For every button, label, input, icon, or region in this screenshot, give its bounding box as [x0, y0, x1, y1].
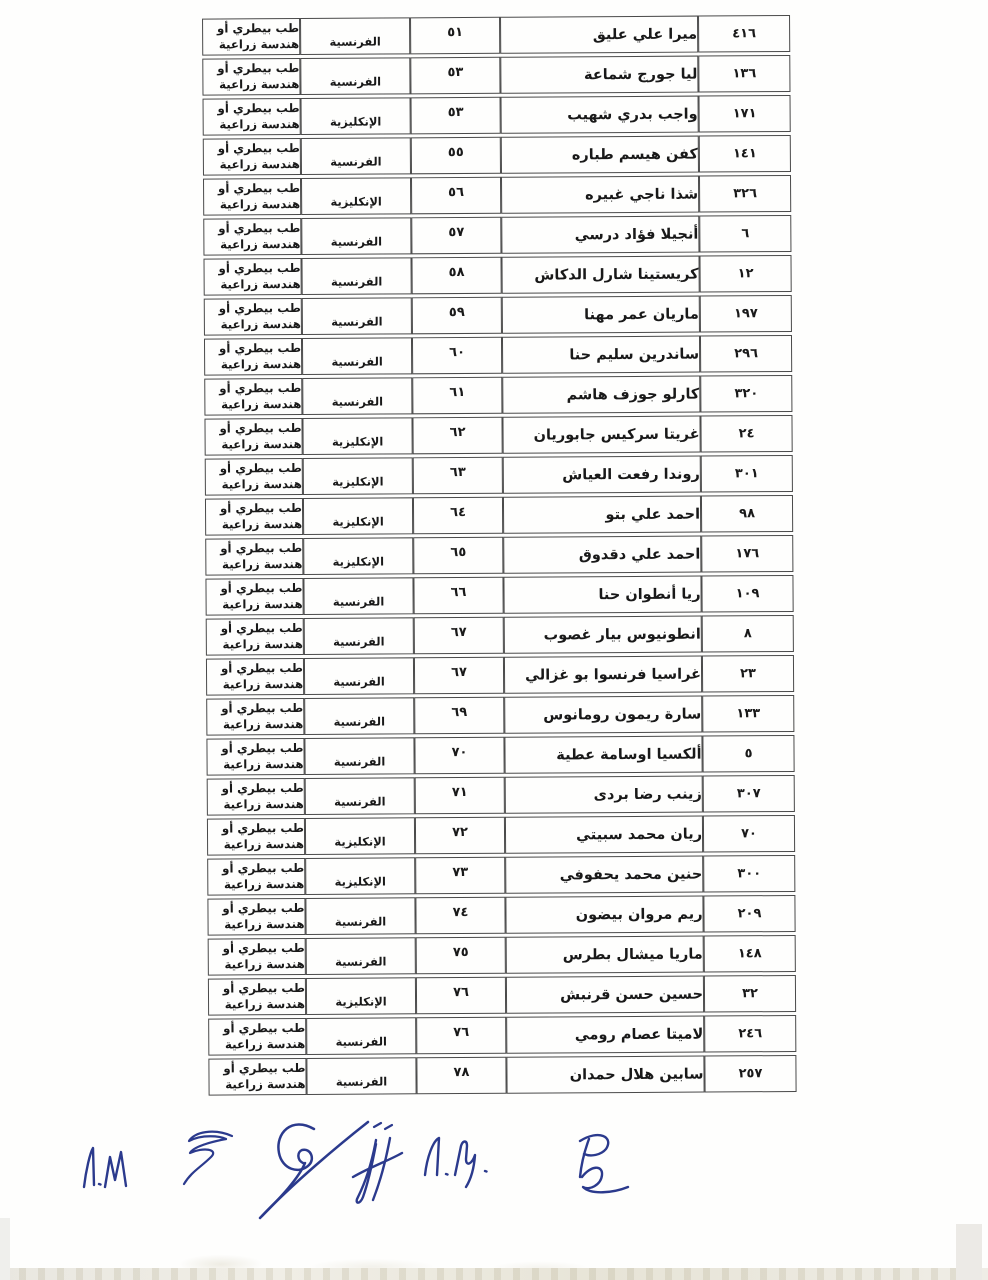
- score-cell: ٥٣: [410, 57, 500, 95]
- candidate-name-cell: ميرا علي عليق: [500, 16, 698, 54]
- signature-initials-am-left-icon: [80, 1140, 142, 1198]
- score-cell: ٦٩: [414, 697, 504, 735]
- signature-double-stroke-icon: [344, 1120, 406, 1208]
- specialty-line-2: هندسة زراعية: [222, 476, 302, 490]
- candidate-name-cell: ريا أنطوان حنا: [503, 576, 701, 614]
- table-row: ١٧١ واجب بدري شهيب ٥٣ الإنكليزية طب بيطر…: [203, 95, 791, 136]
- table-row: ٢٩٦ ساندرين سليم حنا ٦٠ الفرنسية طب بيطر…: [204, 335, 792, 376]
- candidate-number-cell: ٣٠١: [701, 455, 793, 493]
- specialty-cell: طب بيطري أو هندسة زراعية: [203, 98, 301, 136]
- specialty-cell: طب بيطري أو هندسة زراعية: [203, 258, 301, 296]
- specialty-line-1: طب بيطري أو: [220, 581, 302, 596]
- candidate-name-cell: غريتا سركيس جابوريان: [502, 416, 700, 454]
- candidate-number-cell: ٣٠٠: [703, 855, 795, 893]
- candidate-name-cell: أنجيلا فؤاد درسي: [501, 216, 699, 254]
- candidate-number-cell: ٢٥٧: [704, 1055, 796, 1093]
- results-table-body: ٤١٦ ميرا علي عليق ٥١ الفرنسية طب بيطري أ…: [202, 15, 797, 1096]
- specialty-line-1: طب بيطري أو: [218, 221, 300, 236]
- specialty-line-2: هندسة زراعية: [221, 396, 301, 410]
- specialty-line-2: هندسة زراعية: [224, 916, 304, 930]
- language-cell: الفرنسية: [306, 937, 416, 975]
- specialty-line-2: هندسة زراعية: [220, 156, 300, 170]
- candidate-number-cell: ٣٠٧: [703, 775, 795, 813]
- score-cell: ٧٥: [416, 937, 506, 975]
- language-cell: الإنكليزية: [303, 537, 413, 575]
- scan-right-edge: [956, 1224, 982, 1280]
- specialty-line-2: هندسة زراعية: [220, 276, 300, 290]
- candidate-name-cell: ريم مروان بيضون: [505, 896, 703, 934]
- table-row: ٩٨ احمد علي بتو ٦٤ الإنكليزية طب بيطري أ…: [205, 495, 793, 536]
- score-cell: ٥١: [410, 17, 500, 55]
- specialty-line-1: طب بيطري أو: [219, 421, 301, 436]
- candidate-name-cell: لاميتا عصام رومي: [506, 1016, 704, 1054]
- candidate-number-cell: ١٣٣: [702, 695, 794, 733]
- specialty-line-1: طب بيطري أو: [223, 941, 305, 956]
- specialty-line-1: طب بيطري أو: [217, 101, 299, 116]
- candidate-number-cell: ١٤١: [699, 135, 791, 173]
- language-cell: الفرنسية: [304, 657, 414, 695]
- specialty-line-2: هندسة زراعية: [223, 796, 303, 810]
- specialty-line-2: هندسة زراعية: [220, 196, 300, 210]
- specialty-line-2: هندسة زراعية: [221, 356, 301, 370]
- score-cell: ٧٦: [416, 1017, 506, 1055]
- specialty-line-2: هندسة زراعية: [219, 76, 299, 90]
- specialty-cell: طب بيطري أو هندسة زراعية: [207, 778, 305, 816]
- score-cell: ٦٤: [413, 497, 503, 535]
- specialty-line-2: هندسة زراعية: [225, 1036, 305, 1050]
- table-row: ٥ ألكسيا اوسامة عطية ٧٠ الفرنسية طب بيطر…: [206, 735, 794, 776]
- specialty-cell: طب بيطري أو هندسة زراعية: [204, 298, 302, 336]
- specialty-line-2: هندسة زراعية: [222, 516, 302, 530]
- scan-edge-artifact: [0, 1268, 988, 1280]
- score-cell: ٥٧: [411, 217, 501, 255]
- candidate-number-cell: ٢٤٦: [704, 1015, 796, 1053]
- table-row: ٣٢ حسين حسن قرنبش ٧٦ الإنكليزية طب بيطري…: [208, 975, 796, 1016]
- score-cell: ٦٠: [412, 337, 502, 375]
- specialty-cell: طب بيطري أو هندسة زراعية: [208, 938, 306, 976]
- specialty-line-2: هندسة زراعية: [219, 36, 299, 50]
- signature-initials-am-dotted-icon: [418, 1130, 496, 1190]
- specialty-line-1: طب بيطري أو: [221, 741, 303, 756]
- score-cell: ٦٣: [413, 457, 503, 495]
- language-cell: الفرنسية: [301, 257, 411, 295]
- candidate-number-cell: ٤١٦: [698, 15, 790, 53]
- specialty-cell: طب بيطري أو هندسة زراعية: [208, 978, 306, 1016]
- specialty-cell: طب بيطري أو هندسة زراعية: [206, 698, 304, 736]
- candidate-name-cell: ليا جورج شماعة: [500, 56, 698, 94]
- signature-dl-loop-icon: [568, 1126, 636, 1208]
- candidate-name-cell: غراسيا فرنسوا بو غزالي: [504, 656, 702, 694]
- table-row: ٣٠١ روندا رفعت العياش ٦٣ الإنكليزية طب ب…: [205, 455, 793, 496]
- table-row: ٤١٦ ميرا علي عليق ٥١ الفرنسية طب بيطري أ…: [202, 15, 790, 56]
- language-cell: الفرنسية: [302, 377, 412, 415]
- specialty-line-1: طب بيطري أو: [218, 261, 300, 276]
- language-cell: الفرنسية: [306, 1017, 416, 1055]
- language-cell: الإنكليزية: [301, 97, 411, 135]
- language-cell: الفرنسية: [306, 1057, 416, 1095]
- specialty-line-2: هندسة زراعية: [224, 956, 304, 970]
- specialty-line-1: طب بيطري أو: [223, 981, 305, 996]
- candidate-number-cell: ٦: [699, 215, 791, 253]
- score-cell: ٦٢: [412, 417, 502, 455]
- candidate-number-cell: ١٢: [699, 255, 791, 293]
- specialty-line-2: هندسة زراعية: [222, 596, 302, 610]
- specialty-line-1: طب بيطري أو: [217, 21, 299, 36]
- language-cell: الفرنسية: [304, 737, 414, 775]
- specialty-line-2: هندسة زراعية: [224, 836, 304, 850]
- table-row: ٢٣ غراسيا فرنسوا بو غزالي ٦٧ الفرنسية طب…: [206, 655, 794, 696]
- specialty-line-2: هندسة زراعية: [224, 876, 304, 890]
- table-row: ١٢ كريستينا شارل الدكاش ٥٨ الفرنسية طب ب…: [203, 255, 791, 296]
- specialty-cell: طب بيطري أو هندسة زراعية: [208, 1058, 306, 1096]
- candidate-name-cell: انطونيوس بيار غصوب: [504, 616, 702, 654]
- table-row: ٨ انطونيوس بيار غصوب ٦٧ الفرنسية طب بيطر…: [206, 615, 794, 656]
- specialty-line-1: طب بيطري أو: [222, 861, 304, 876]
- candidate-number-cell: ٥: [702, 735, 794, 773]
- specialty-line-2: هندسة زراعية: [223, 756, 303, 770]
- specialty-line-1: طب بيطري أو: [223, 1061, 305, 1076]
- candidate-number-cell: ٩٨: [701, 495, 793, 533]
- table-row: ١٧٦ احمد علي دقدوق ٦٥ الإنكليزية طب بيطر…: [205, 535, 793, 576]
- specialty-cell: طب بيطري أو هندسة زراعية: [202, 18, 300, 56]
- score-cell: ٥٨: [411, 257, 501, 295]
- language-cell: الفرنسية: [304, 697, 414, 735]
- candidate-number-cell: ٣٢: [704, 975, 796, 1013]
- candidate-name-cell: ماريان عمر مهنا: [502, 296, 700, 334]
- language-cell: الفرنسية: [305, 777, 415, 815]
- candidate-number-cell: ١٧٦: [701, 535, 793, 573]
- language-cell: الإنكليزية: [305, 817, 415, 855]
- table-row: ١٤٨ ماريا ميشال بطرس ٧٥ الفرنسية طب بيطر…: [208, 935, 796, 976]
- specialty-line-2: هندسة زراعية: [220, 236, 300, 250]
- score-cell: ٧١: [415, 777, 505, 815]
- specialty-cell: طب بيطري أو هندسة زراعية: [207, 858, 305, 896]
- candidate-number-cell: ١٤٨: [704, 935, 796, 973]
- specialty-cell: طب بيطري أو هندسة زراعية: [203, 138, 301, 176]
- score-cell: ٥٩: [412, 297, 502, 335]
- table-row: ٣٠٠ حنين محمد يحفوفي ٧٣ الإنكليزية طب بي…: [207, 855, 795, 896]
- signatures-row: [0, 1112, 988, 1242]
- table-row: ٦ أنجيلا فؤاد درسي ٥٧ الفرنسية طب بيطري …: [203, 215, 791, 256]
- candidate-number-cell: ١٧١: [699, 95, 791, 133]
- specialty-line-1: طب بيطري أو: [220, 461, 302, 476]
- specialty-cell: طب بيطري أو هندسة زراعية: [205, 498, 303, 536]
- specialty-line-1: طب بيطري أو: [220, 541, 302, 556]
- candidate-name-cell: كفن هيسم طباره: [501, 136, 699, 174]
- specialty-line-1: طب بيطري أو: [220, 501, 302, 516]
- candidate-name-cell: حسين حسن قرنبش: [506, 976, 704, 1014]
- score-cell: ٥٣: [411, 97, 501, 135]
- language-cell: الفرنسية: [301, 137, 411, 175]
- candidate-name-cell: ألكسيا اوسامة عطية: [504, 736, 702, 774]
- table-row: ٧٠ ريان محمد سبيتي ٧٢ الإنكليزية طب بيطر…: [207, 815, 795, 856]
- table-row: ٢٠٩ ريم مروان بيضون ٧٤ الفرنسية طب بيطري…: [207, 895, 795, 936]
- candidate-number-cell: ٧٠: [703, 815, 795, 853]
- language-cell: الفرنسية: [302, 337, 412, 375]
- specialty-cell: طب بيطري أو هندسة زراعية: [206, 738, 304, 776]
- signature-flourish-icon: [180, 1126, 238, 1188]
- language-cell: الإنكليزية: [303, 457, 413, 495]
- specialty-line-1: طب بيطري أو: [221, 701, 303, 716]
- language-cell: الفرنسية: [304, 617, 414, 655]
- language-cell: الفرنسية: [302, 297, 412, 335]
- specialty-cell: طب بيطري أو هندسة زراعية: [204, 418, 302, 456]
- candidate-number-cell: ٢٩٦: [700, 335, 792, 373]
- language-cell: الإنكليزية: [306, 977, 416, 1015]
- language-cell: الفرنسية: [305, 897, 415, 935]
- table-row: ٢٥٧ سابين هلال حمدان ٧٨ الفرنسية طب بيطر…: [208, 1055, 796, 1096]
- score-cell: ٦٧: [414, 617, 504, 655]
- specialty-line-1: طب بيطري أو: [219, 381, 301, 396]
- language-cell: الفرنسية: [301, 217, 411, 255]
- language-cell: الفرنسية: [300, 17, 410, 55]
- specialty-line-1: طب بيطري أو: [221, 621, 303, 636]
- specialty-line-1: طب بيطري أو: [222, 781, 304, 796]
- specialty-line-1: طب بيطري أو: [218, 181, 300, 196]
- candidate-name-cell: روندا رفعت العياش: [503, 456, 701, 494]
- candidate-number-cell: ٣٢٦: [699, 175, 791, 213]
- score-cell: ٦٥: [413, 537, 503, 575]
- candidate-number-cell: ١٩٧: [700, 295, 792, 333]
- candidate-name-cell: ماريا ميشال بطرس: [506, 936, 704, 974]
- table-row: ٣٠٧ زينب رضا بردى ٧١ الفرنسية طب بيطري أ…: [207, 775, 795, 816]
- specialty-line-2: هندسة زراعية: [221, 316, 301, 330]
- language-cell: الإنكليزية: [301, 177, 411, 215]
- score-cell: ٦٧: [414, 657, 504, 695]
- table-row: ٢٤ غريتا سركيس جابوريان ٦٢ الإنكليزية طب…: [204, 415, 792, 456]
- specialty-cell: طب بيطري أو هندسة زراعية: [204, 378, 302, 416]
- score-cell: ٧٨: [416, 1057, 506, 1095]
- candidate-number-cell: ٢٠٩: [703, 895, 795, 933]
- specialty-cell: طب بيطري أو هندسة زراعية: [203, 218, 301, 256]
- scan-bleedthrough-smudge: [120, 1232, 680, 1270]
- candidate-name-cell: احمد علي دقدوق: [503, 536, 701, 574]
- specialty-cell: طب بيطري أو هندسة زراعية: [205, 458, 303, 496]
- table-row: ٢٤٦ لاميتا عصام رومي ٧٦ الفرنسية طب بيطر…: [208, 1015, 796, 1056]
- specialty-cell: طب بيطري أو هندسة زراعية: [207, 898, 305, 936]
- specialty-line-1: طب بيطري أو: [223, 1021, 305, 1036]
- specialty-cell: طب بيطري أو هندسة زراعية: [203, 178, 301, 216]
- candidate-name-cell: سابين هلال حمدان: [506, 1056, 704, 1094]
- scanned-document-page: ٤١٦ ميرا علي عليق ٥١ الفرنسية طب بيطري أ…: [0, 0, 988, 1280]
- candidate-number-cell: ١٠٩: [701, 575, 793, 613]
- candidate-name-cell: كريستينا شارل الدكاش: [501, 256, 699, 294]
- language-cell: الفرنسية: [303, 577, 413, 615]
- candidate-name-cell: شذا ناجي غبيره: [501, 176, 699, 214]
- specialty-line-1: طب بيطري أو: [217, 61, 299, 76]
- candidate-name-cell: كارلو جوزف هاشم: [502, 376, 700, 414]
- specialty-line-2: هندسة زراعية: [222, 636, 302, 650]
- table-row: ١٠٩ ريا أنطوان حنا ٦٦ الفرنسية طب بيطري …: [205, 575, 793, 616]
- specialty-line-2: هندسة زراعية: [223, 716, 303, 730]
- specialty-line-1: طب بيطري أو: [219, 301, 301, 316]
- specialty-line-1: طب بيطري أو: [219, 341, 301, 356]
- score-cell: ٦٦: [413, 577, 503, 615]
- specialty-line-1: طب بيطري أو: [218, 141, 300, 156]
- table-row: ١٩٧ ماريان عمر مهنا ٥٩ الفرنسية طب بيطري…: [204, 295, 792, 336]
- specialty-line-1: طب بيطري أو: [222, 821, 304, 836]
- specialty-line-2: هندسة زراعية: [225, 996, 305, 1010]
- score-cell: ٧٢: [415, 817, 505, 855]
- language-cell: الإنكليزية: [305, 857, 415, 895]
- results-table: ٤١٦ ميرا علي عليق ٥١ الفرنسية طب بيطري أ…: [202, 12, 797, 1099]
- score-cell: ٧٠: [414, 737, 504, 775]
- specialty-line-2: هندسة زراعية: [219, 116, 299, 130]
- table-row: ١٣٦ ليا جورج شماعة ٥٣ الفرنسية طب بيطري …: [202, 55, 790, 96]
- candidate-name-cell: حنين محمد يحفوفي: [505, 856, 703, 894]
- specialty-cell: طب بيطري أو هندسة زراعية: [208, 1018, 306, 1056]
- specialty-line-2: هندسة زراعية: [223, 676, 303, 690]
- specialty-line-2: هندسة زراعية: [222, 556, 302, 570]
- candidate-number-cell: ٢٤: [700, 415, 792, 453]
- score-cell: ٦١: [412, 377, 502, 415]
- specialty-cell: طب بيطري أو هندسة زراعية: [205, 538, 303, 576]
- candidate-number-cell: ٨: [702, 615, 794, 653]
- specialty-line-1: طب بيطري أو: [222, 901, 304, 916]
- specialty-cell: طب بيطري أو هندسة زراعية: [206, 658, 304, 696]
- candidate-name-cell: سارة ريمون رومانوس: [504, 696, 702, 734]
- language-cell: الفرنسية: [300, 57, 410, 95]
- specialty-cell: طب بيطري أو هندسة زراعية: [204, 338, 302, 376]
- candidate-number-cell: ٣٢٠: [700, 375, 792, 413]
- candidate-number-cell: ١٣٦: [698, 55, 790, 93]
- specialty-cell: طب بيطري أو هندسة زراعية: [205, 578, 303, 616]
- table-row: ١٣٣ سارة ريمون رومانوس ٦٩ الفرنسية طب بي…: [206, 695, 794, 736]
- specialty-cell: طب بيطري أو هندسة زراعية: [206, 618, 304, 656]
- score-cell: ٥٥: [411, 137, 501, 175]
- candidate-name-cell: ساندرين سليم حنا: [502, 336, 700, 374]
- score-cell: ٧٣: [415, 857, 505, 895]
- specialty-cell: طب بيطري أو هندسة زراعية: [207, 818, 305, 856]
- score-cell: ٥٦: [411, 177, 501, 215]
- score-cell: ٧٦: [416, 977, 506, 1015]
- table-row: ٣٢٠ كارلو جوزف هاشم ٦١ الفرنسية طب بيطري…: [204, 375, 792, 416]
- specialty-line-2: هندسة زراعية: [225, 1076, 305, 1090]
- candidate-name-cell: زينب رضا بردى: [505, 776, 703, 814]
- candidate-name-cell: ريان محمد سبيتي: [505, 816, 703, 854]
- candidate-number-cell: ٢٣: [702, 655, 794, 693]
- table-row: ١٤١ كفن هيسم طباره ٥٥ الفرنسية طب بيطري …: [203, 135, 791, 176]
- scan-left-edge: [0, 1218, 10, 1280]
- candidate-name-cell: احمد علي بتو: [503, 496, 701, 534]
- specialty-cell: طب بيطري أو هندسة زراعية: [202, 58, 300, 96]
- specialty-line-2: هندسة زراعية: [221, 436, 301, 450]
- results-table-wrap: ٤١٦ ميرا علي عليق ٥١ الفرنسية طب بيطري أ…: [202, 12, 797, 1099]
- specialty-line-1: طب بيطري أو: [221, 661, 303, 676]
- score-cell: ٧٤: [415, 897, 505, 935]
- language-cell: الإنكليزية: [302, 417, 412, 455]
- language-cell: الإنكليزية: [303, 497, 413, 535]
- candidate-name-cell: واجب بدري شهيب: [501, 96, 699, 134]
- table-row: ٣٢٦ شذا ناجي غبيره ٥٦ الإنكليزية طب بيطر…: [203, 175, 791, 216]
